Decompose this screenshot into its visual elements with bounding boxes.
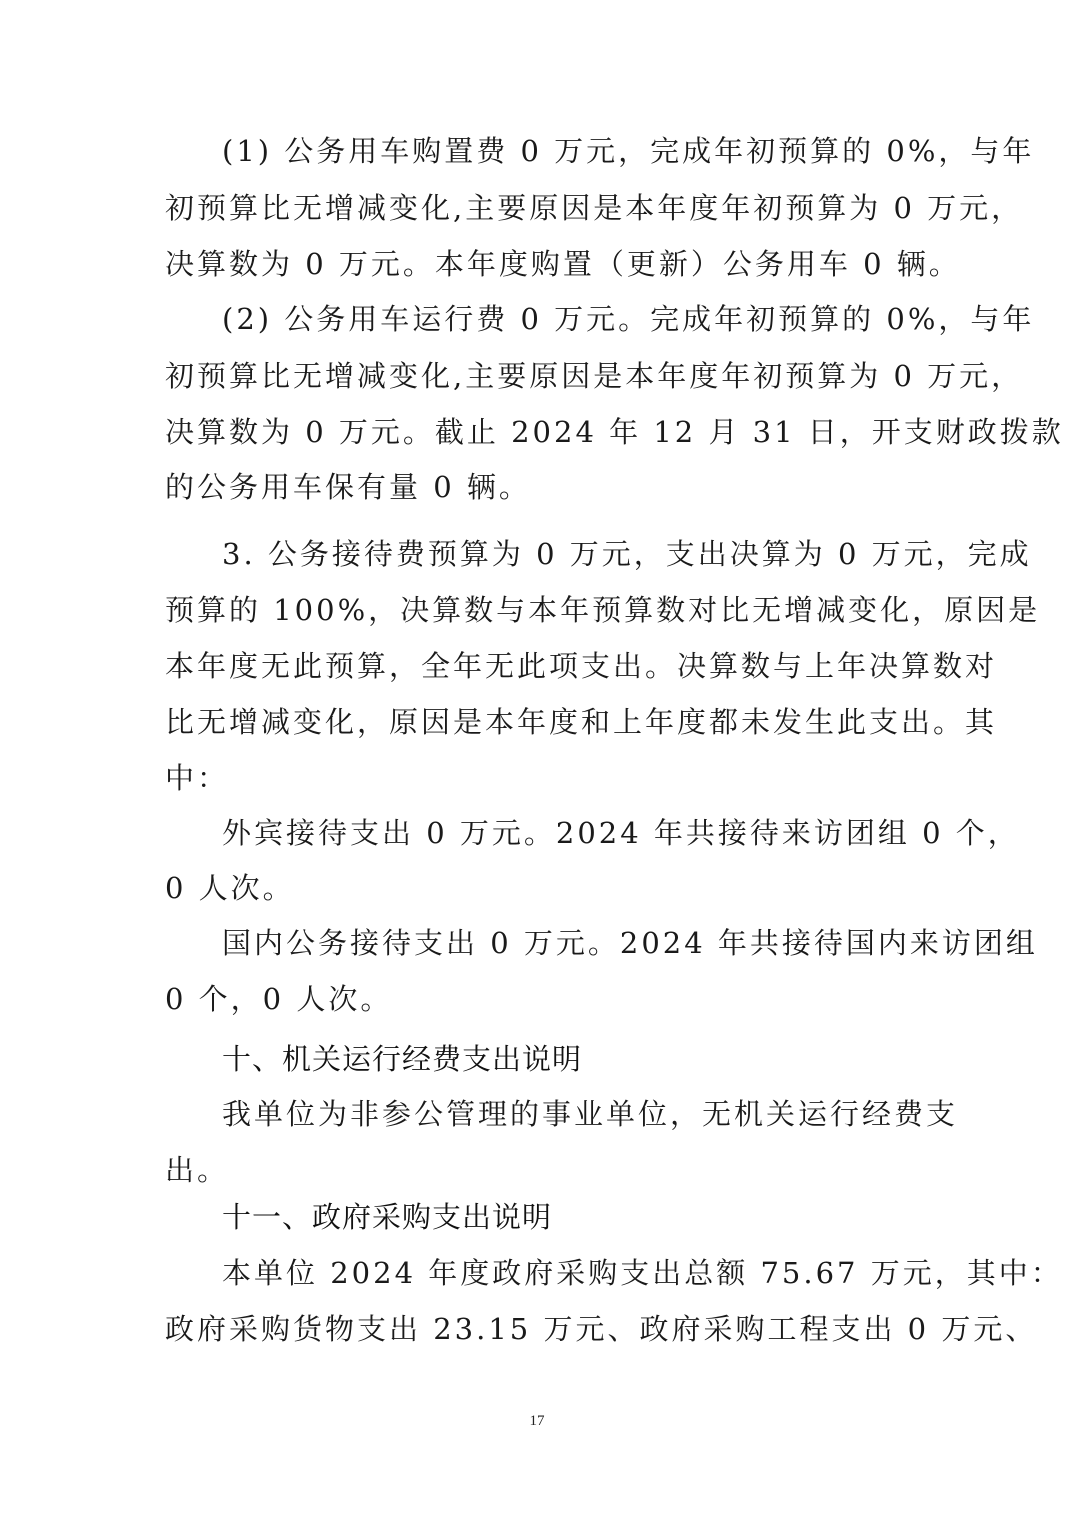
text-line: 中： xyxy=(165,758,915,798)
text-line: 决算数为 0 万元。截止 2024 年 12 月 31 日，开支财政拨款 xyxy=(165,412,915,452)
section-heading-11: 十一、政府采购支出说明 xyxy=(222,1197,552,1237)
text-line: 外宾接待支出 0 万元。2024 年共接待来访团组 0 个， xyxy=(222,813,915,853)
text-line: 0 人次。 xyxy=(165,868,915,908)
text-line: 比无增减变化，原因是本年度和上年度都未发生此支出。其 xyxy=(165,702,915,742)
text-line: 出。 xyxy=(165,1150,915,1190)
text-line: 初预算比无增减变化,主要原因是本年度年初预算为 0 万元， xyxy=(165,188,915,228)
text-line: 决算数为 0 万元。本年度购置（更新）公务用车 0 辆。 xyxy=(165,244,915,284)
text-line: 政府采购货物支出 23.15 万元、政府采购工程支出 0 万元、 xyxy=(165,1309,915,1349)
page-number: 17 xyxy=(0,1413,1074,1430)
text-line: 初预算比无增减变化,主要原因是本年度年初预算为 0 万元， xyxy=(165,356,915,396)
section-heading-10: 十、机关运行经费支出说明 xyxy=(222,1039,582,1079)
document-page: (1) 公务用车购置费 0 万元，完成年初预算的 0%，与年 初预算比无增减变化… xyxy=(0,0,1074,1520)
text-line: 0 个，0 人次。 xyxy=(165,979,915,1019)
text-line: (2) 公务用车运行费 0 万元。完成年初预算的 0%，与年 xyxy=(222,299,915,339)
text-line: 国内公务接待支出 0 万元。2024 年共接待国内来访团组 xyxy=(222,923,915,963)
text-line: 的公务用车保有量 0 辆。 xyxy=(165,467,915,507)
text-line: 本年度无此预算，全年无此项支出。决算数与上年决算数对 xyxy=(165,646,915,686)
text-line: 3. 公务接待费预算为 0 万元，支出决算为 0 万元，完成 xyxy=(222,534,915,574)
text-line: 本单位 2024 年度政府采购支出总额 75.67 万元，其中： xyxy=(222,1253,915,1293)
text-line: 我单位为非参公管理的事业单位，无机关运行经费支 xyxy=(222,1094,915,1134)
text-line: (1) 公务用车购置费 0 万元，完成年初预算的 0%，与年 xyxy=(222,131,915,171)
text-line: 预算的 100%，决算数与本年预算数对比无增减变化，原因是 xyxy=(165,590,915,630)
